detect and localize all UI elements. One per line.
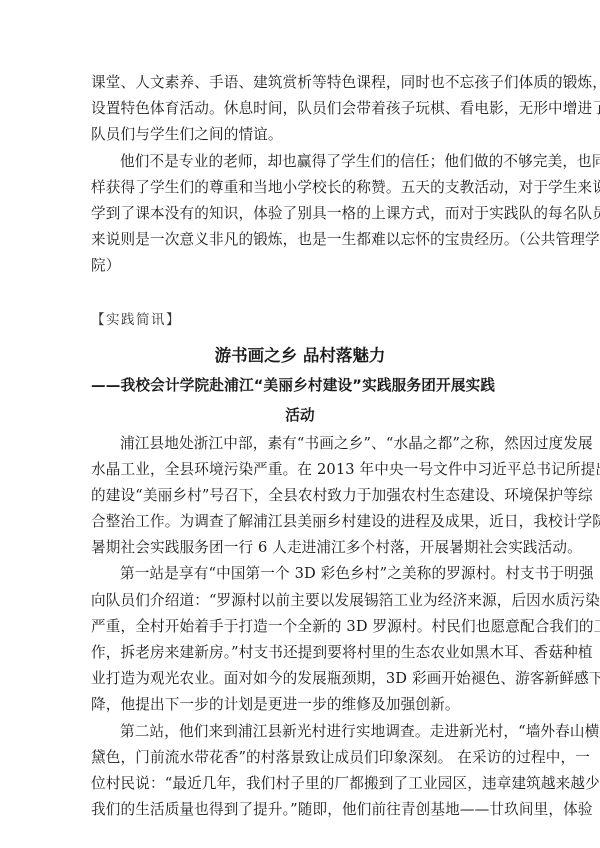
text-line: 合整治工作。为调查了解浦江县美丽乡村建设的进程及成果，近日，我校计学院 xyxy=(91,509,509,535)
text-line: 严重，全村开始着手于打造一个全新的 3D 罗源村。村民们也愿意配合我们的工 xyxy=(91,614,509,640)
text-line: 第二站，他们来到浦江县新光村进行实地调查。走进新光村，“墙外春山横 xyxy=(91,719,509,745)
previous-article-paragraph-1: 课堂、人文素养、手语、建筑赏析等特色课程，同时也不忘孩子们体质的锻炼， 设置特色… xyxy=(91,70,509,149)
text-line: 我们的生活质量也得到了提升。”随即，他们前往青创基地——廿玖间里，体验 xyxy=(91,797,509,823)
document-page: 课堂、人文素养、手语、建筑赏析等特色课程，同时也不忘孩子们体质的锻炼， 设置特色… xyxy=(91,70,509,823)
text-line: 降，他提出下一步的计划是更进一步的维修及加强创新。 xyxy=(91,692,509,718)
text-line: 位村民说：“最近几年，我们村子里的厂都搬到了工业园区，违章建筑越来越少， xyxy=(91,771,509,797)
text-line: 业打造为观光农业。面对如今的发展瓶颈期，3D 彩画开始褪色、游客新鲜感下 xyxy=(91,666,509,692)
text-line: 队员们与学生们之间的情谊。 xyxy=(91,122,509,148)
text-line: 的建设“美丽乡村”号召下，全县农村致力于加强农村生态建设、环境保护等综 xyxy=(91,483,509,509)
section-tag: 【实践简讯】 xyxy=(91,307,509,333)
text-line: 第一站是享有“中国第一个 3D 彩色乡村”之美称的罗源村。村支书于明强 xyxy=(91,561,509,587)
text-line: 黛色，门前流水带花香”的村落景致让成员们印象深刻。 在采访的过程中，一 xyxy=(91,745,509,771)
article-subtitle: ——我校会计学院赴浦江“美丽乡村建设”实践服务团开展实践 xyxy=(91,371,509,401)
text-line: 向队员们介绍道：“罗源村以前主要以发展锡箔工业为经济来源，后因水质污染 xyxy=(91,588,509,614)
text-line: 课堂、人文素养、手语、建筑赏析等特色课程，同时也不忘孩子们体质的锻炼， xyxy=(91,70,509,96)
text-line: 样获得了学生们的尊重和当地小学校长的称赞。五天的支教活动，对于学生来说， xyxy=(91,175,509,201)
text-line: 暑期社会实践服务团一行 6 人走进浦江多个村落，开展暑期社会实践活动。 xyxy=(91,535,509,561)
text-line: 院） xyxy=(91,253,509,279)
article-paragraph-2: 第一站是享有“中国第一个 3D 彩色乡村”之美称的罗源村。村支书于明强 向队员们… xyxy=(91,561,509,718)
text-line: 学到了课本没有的知识，体验了别具一格的上课方式，而对于实践队的每名队员 xyxy=(91,201,509,227)
text-line: 来说则是一次意义非凡的锻炼，也是一生都难以忘怀的宝贵经历。（公共管理学 xyxy=(91,227,509,253)
text-line: 浦江县地处浙江中部，素有“书画之乡”、“水晶之都”之称，然因过度发展 xyxy=(91,431,509,457)
article-subtitle-continued: 活动 xyxy=(91,401,509,431)
text-line: 作，拆老房来建新房。”村支书还提到要将村里的生态农业如黑木耳、香菇种植 xyxy=(91,640,509,666)
article-paragraph-3: 第二站，他们来到浦江县新光村进行实地调查。走进新光村，“墙外春山横 黛色，门前流… xyxy=(91,719,509,824)
text-line: 水晶工业，全县环境污染严重。在 2013 年中央一号文件中习近平总书记所提出 xyxy=(91,457,509,483)
article-title: 游书画之乡 品村落魅力 xyxy=(91,341,509,371)
text-line: 设置特色体育活动。休息时间，队员们会带着孩子玩棋、看电影，无形中增进了 xyxy=(91,96,509,122)
text-line: 他们不是专业的老师，却也赢得了学生们的信任；他们做的不够完美，也同 xyxy=(91,149,509,175)
previous-article-paragraph-2: 他们不是专业的老师，却也赢得了学生们的信任；他们做的不够完美，也同 样获得了学生… xyxy=(91,149,509,280)
article-paragraph-1: 浦江县地处浙江中部，素有“书画之乡”、“水晶之都”之称，然因过度发展 水晶工业，… xyxy=(91,431,509,562)
